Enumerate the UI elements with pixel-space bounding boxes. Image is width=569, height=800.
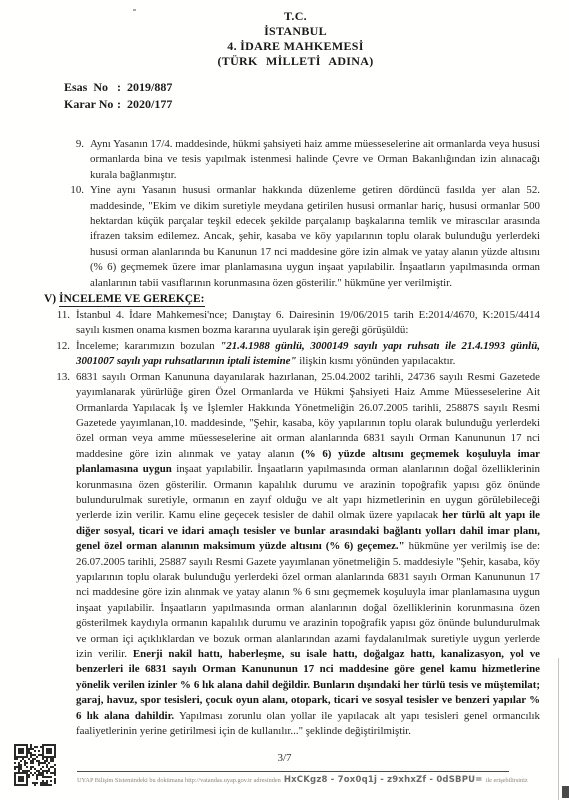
- karar-no-value: : 2020/177: [117, 96, 172, 113]
- section-heading: V) İNCELEME VE GEREKÇE:: [44, 291, 540, 308]
- karar-no-label: Karar No: [64, 96, 117, 113]
- case-number-block: Esas No : 2019/887 Karar No : 2020/177: [64, 79, 569, 113]
- paragraph-number: 10.: [56, 183, 90, 291]
- paragraph-text: İnceleme; kararımızın bozulan "21.4.1988…: [76, 339, 540, 370]
- document-paragraph: 11.İstanbul 4. İdare Mahkemesi'nce; Danı…: [56, 308, 540, 339]
- scan-speck-artifact: [133, 9, 136, 11]
- scan-edge-line-artifact: [558, 658, 559, 800]
- header-in-the-name-of: (TÜRK MİLLETİ ADINA): [22, 54, 569, 69]
- uyap-access-code: HxCKgz8 - 7ox0q1j - z9xhxZf - 0dSBPU=: [284, 775, 483, 785]
- scan-corner-mark-artifact: [562, 786, 569, 798]
- paragraph-text: Aynı Yasanın 17/4. maddesinde, hükmi şah…: [90, 137, 540, 183]
- uyap-access-note: UYAP Bilişim Sistemindeki bu dokümana ht…: [77, 775, 547, 785]
- header-state-abbrev: T.C.: [22, 9, 569, 24]
- paragraph-number: 13.: [56, 370, 76, 740]
- uyap-access-suffix: ile erişebilirsiniz: [486, 777, 528, 784]
- document-paragraph: 10.Yine aynı Yasanın hususi ormanlar hak…: [56, 183, 540, 291]
- karar-no-row: Karar No : 2020/177: [64, 96, 569, 113]
- document-paragraph: 9.Aynı Yasanın 17/4. maddesinde, hükmi ş…: [56, 137, 540, 183]
- document-paragraph: 13.6831 sayılı Orman Kanununa dayanılara…: [56, 370, 540, 740]
- paragraph-number: 12.: [56, 339, 76, 370]
- header-court-name: 4. İDARE MAHKEMESİ: [22, 39, 569, 54]
- court-header: T.C. İSTANBUL 4. İDARE MAHKEMESİ (TÜRK M…: [0, 0, 569, 69]
- qr-code-icon: [14, 744, 56, 786]
- paragraph-list: 9.Aynı Yasanın 17/4. maddesinde, hükmi ş…: [56, 137, 540, 739]
- paragraph-text: İstanbul 4. İdare Mahkemesi'nce; Danışta…: [76, 308, 540, 339]
- esas-no-label: Esas No: [64, 79, 117, 96]
- uyap-access-prefix: UYAP Bilişim Sistemindeki bu dokümana ht…: [77, 777, 281, 784]
- paragraph-number: 9.: [56, 137, 90, 183]
- header-city: İSTANBUL: [22, 24, 569, 39]
- scanned-court-decision-page: T.C. İSTANBUL 4. İDARE MAHKEMESİ (TÜRK M…: [0, 0, 569, 800]
- footer-divider: [77, 771, 509, 772]
- esas-no-row: Esas No : 2019/887: [64, 79, 569, 96]
- paragraph-text: Yine aynı Yasanın hususi ormanlar hakkın…: [90, 183, 540, 291]
- paragraph-number: 11.: [56, 308, 76, 339]
- esas-no-value: : 2019/887: [117, 79, 172, 96]
- page-number: 3/7: [0, 752, 569, 764]
- document-paragraph: 12.İnceleme; kararımızın bozulan "21.4.1…: [56, 339, 540, 370]
- paragraph-text: 6831 sayılı Orman Kanununa dayanılarak h…: [76, 370, 540, 740]
